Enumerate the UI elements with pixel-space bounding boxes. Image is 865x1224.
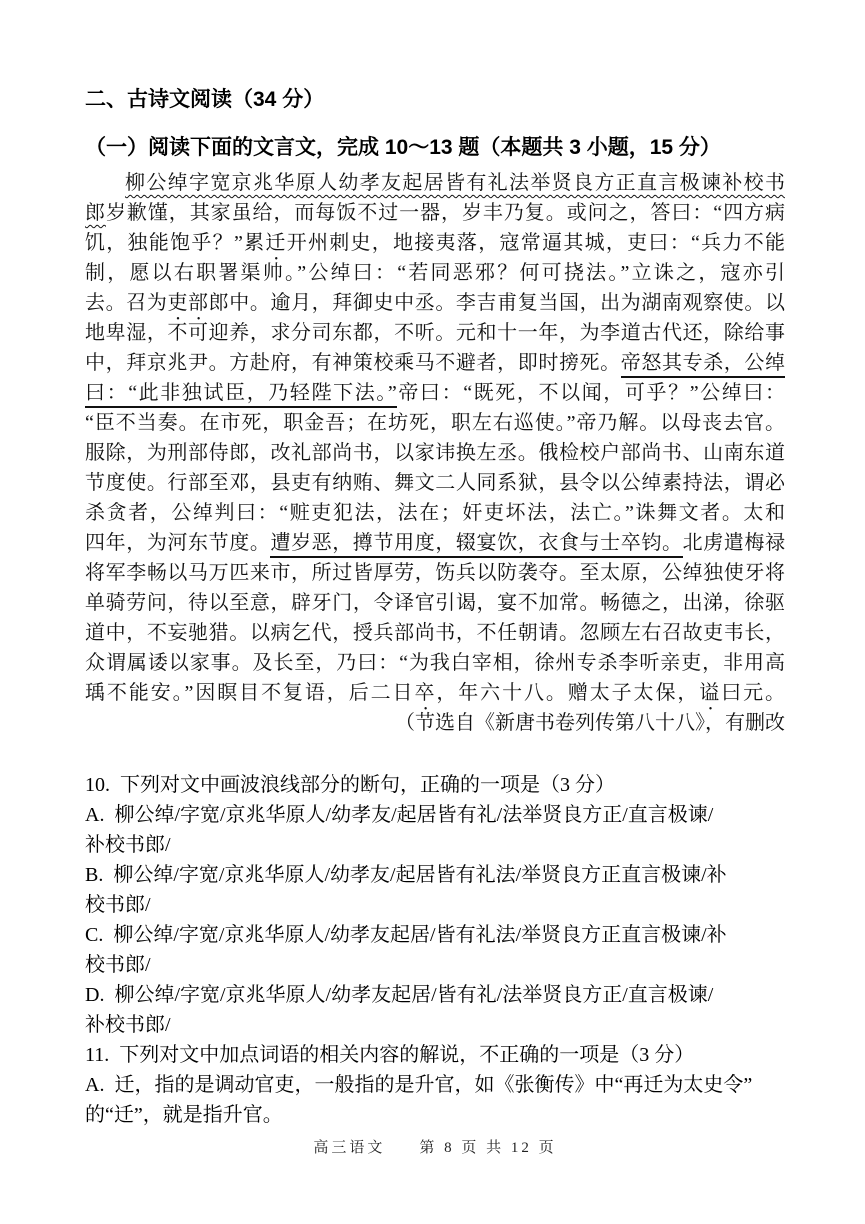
emphasis-dotted-text: 吏部 bbox=[167, 292, 208, 314]
underlined-text: 帝怒其专杀，公绰 bbox=[621, 352, 785, 378]
passage-line: 四年，为河东节度。遭岁恶，撙节用度，辍宴饮，衣食与士卒钧。北虏遣梅禄 bbox=[85, 528, 785, 558]
question-10-option-D: D. 柳公绰/字宽/京兆华原人/幼孝友起居/皆有礼/法举贤良方正/直言极谏/ bbox=[85, 980, 785, 1010]
passage-text: 制，愿以右职署渠帅。”公绰曰：“若同恶邪？何可挠法。”立诛之，寇亦引 bbox=[85, 262, 785, 284]
page-footer: 高三语文第 8 页 共 12 页 bbox=[85, 1138, 785, 1158]
passage-text: 服除，为刑部侍郎，改礼部尚书，以家讳换左丞。俄检校户部尚书、山南东道 bbox=[85, 442, 785, 464]
passage-line: 去。召为吏部郎中。逾月，拜御史中丞。李吉甫复当国，出为湖南观察使。以 bbox=[85, 288, 785, 318]
classical-passage: 柳公绰字宽京兆华原人幼孝友起居皆有礼法举贤良方正直言极谏补校书郎岁歉馑，其家虽给… bbox=[85, 168, 785, 708]
question-10-option-A: A. 柳公绰/字宽/京兆华原人/幼孝友/起居皆有礼/法举贤良方正/直言极谏/ bbox=[85, 800, 785, 830]
question-10-stem: 10. 下列对文中画波浪线部分的断句，正确的一项是（3 分） bbox=[85, 770, 785, 800]
questions-block: 10. 下列对文中画波浪线部分的断句，正确的一项是（3 分）A. 柳公绰/字宽/… bbox=[85, 770, 785, 1130]
passage-text: 中，拜京兆尹。方赴府，有神策校乘马不避者，即时搒死。 bbox=[85, 352, 621, 374]
wavy-underlined-text: 柳公绰字宽京兆华原人幼孝友起居皆有礼法举贤良方正直言极谏补校书 bbox=[125, 172, 785, 194]
emphasis-dotted-text: 谥 bbox=[699, 682, 721, 704]
passage-text: 帝曰：“既死，不以闻，可乎？”公绰曰： bbox=[397, 382, 785, 404]
passage-text: 北虏遣梅禄 bbox=[683, 532, 785, 554]
emphasis-dotted-text: 迁 bbox=[265, 232, 286, 254]
passage-text: 将军李畅以马万匹来市，所过皆厚劳，饬兵以防袭夺。至太原，公绰独使牙将 bbox=[85, 562, 785, 584]
question-10-option-A-cont: 补校书郎/ bbox=[85, 830, 785, 860]
underlined-text: 遭岁恶，撙节用度，辍宴饮，衣食与士卒钧。 bbox=[270, 532, 682, 558]
passage-text: 岁歉馑，其家虽给，而每饭不过一器，岁丰乃复。或问之，答曰：“四方病 bbox=[106, 202, 785, 224]
emphasis-dotted-text: 卒 bbox=[414, 682, 436, 704]
passage-line: 节度使。行部至邓，县吏有纳贿、舞文二人同系狱，县令以公绰素持法，谓必 bbox=[85, 468, 785, 498]
question-10-option-B-cont: 校书郎/ bbox=[85, 890, 785, 920]
passage-line: 杀贪者，公绰判曰：“赃吏犯法，法在；奸吏坏法，法亡。”诛舞文者。太和 bbox=[85, 498, 785, 528]
passage-line: 道中，不妄驰猎。以病乞代，授兵部尚书，不任朝请。忽顾左右召故吏韦长， bbox=[85, 618, 785, 648]
passage-line: 中，拜京兆尹。方赴府，有神策校乘马不避者，即时搒死。帝怒其专杀，公绰 bbox=[85, 348, 785, 378]
section-heading: 二、古诗文阅读（34 分） bbox=[85, 86, 785, 114]
passage-line: 将军李畅以马万匹来市，所过皆厚劳，饬兵以防袭夺。至太原，公绰独使牙将 bbox=[85, 558, 785, 588]
passage-text: “臣不当奏。在市死，职金吾；在坊死，职左右巡使。”帝乃解。以母丧去官。 bbox=[85, 412, 785, 434]
passage-line: 柳公绰字宽京兆华原人幼孝友起居皆有礼法举贤良方正直言极谏补校书 bbox=[85, 168, 785, 198]
passage-text: 饥，独能饱乎？”累 bbox=[85, 232, 265, 254]
footer-page-info: 第 8 页 共 12 页 bbox=[419, 1140, 556, 1156]
passage-text: 四年，为河东节度。 bbox=[85, 532, 270, 554]
passage-text: 开州刺史，地接夷落，寇常逼其城，吏曰：“兵力不能 bbox=[287, 232, 785, 254]
wavy-underlined-text: 郎 bbox=[85, 202, 106, 224]
question-11-option-A-cont: 的“迁”，就是指升官。 bbox=[85, 1100, 785, 1130]
passage-text: ，年六十八。赠太子太保， bbox=[436, 682, 699, 704]
underlined-text: 曰：“此非独试臣，乃轻陛下法。” bbox=[85, 382, 397, 408]
passage-line: 单骑劳问，待以至意，辟牙门，令译官引谒，宴不加常。畅德之，出涕，徐驱 bbox=[85, 588, 785, 618]
passage-text: 众谓属诿以家事。及长至，乃曰：“为我白宰相，徐州专杀李听亲吏，非用高 bbox=[85, 652, 785, 674]
question-10-option-B: B. 柳公绰/字宽/京兆华原人/幼孝友/起居皆有礼法/举贤良方正直言极谏/补 bbox=[85, 860, 785, 890]
question-11-stem: 11. 下列对文中加点词语的相关内容的解说，不正确的一项是（3 分） bbox=[85, 1040, 785, 1070]
passage-line: 饥，独能饱乎？”累迁开州刺史，地接夷落，寇常逼其城，吏曰：“兵力不能 bbox=[85, 228, 785, 258]
passage-text: 道中，不妄驰猎。以病乞代，授兵部尚书，不任朝请。忽顾左右召故吏韦长， bbox=[85, 622, 785, 644]
passage-text: 曰元。 bbox=[721, 682, 785, 704]
question-11-option-A: A. 迁，指的是调动官吏，一般指的是升官，如《张衡传》中“再迁为太史令” bbox=[85, 1070, 785, 1100]
passage-text: 地卑湿，不可迎养，求分司东都，不听。元和十一年，为李道古代还，除给事 bbox=[85, 322, 785, 344]
passage-line: 制，愿以右职署渠帅。”公绰曰：“若同恶邪？何可挠法。”立诛之，寇亦引 bbox=[85, 258, 785, 288]
question-10-option-D-cont: 补校书郎/ bbox=[85, 1010, 785, 1040]
passage-text: 瑀不能安。”因瞑目不复语，后二日 bbox=[85, 682, 414, 704]
passage-line: 地卑湿，不可迎养，求分司东都，不听。元和十一年，为李道古代还，除给事 bbox=[85, 318, 785, 348]
passage-line: “臣不当奏。在市死，职金吾；在坊死，职左右巡使。”帝乃解。以母丧去官。 bbox=[85, 408, 785, 438]
question-10-option-C: C. 柳公绰/字宽/京兆华原人/幼孝友起居/皆有礼法/举贤良方正直言极谏/补 bbox=[85, 920, 785, 950]
passage-line: 郎岁歉馑，其家虽给，而每饭不过一器，岁丰乃复。或问之，答曰：“四方病 bbox=[85, 198, 785, 228]
question-10-option-C-cont: 校书郎/ bbox=[85, 950, 785, 980]
passage-text: 郎中。逾月，拜御史中丞。李吉甫复当国，出为湖南观察使。以 bbox=[209, 292, 785, 314]
passage-text: 节度使。行部至邓，县吏有纳贿、舞文二人同系狱，县令以公绰素持法，谓必 bbox=[85, 472, 785, 494]
passage-line: 瑀不能安。”因瞑目不复语，后二日卒，年六十八。赠太子太保，谥曰元。 bbox=[85, 678, 785, 708]
passage-text: 单骑劳问，待以至意，辟牙门，令译官引谒，宴不加常。畅德之，出涕，徐驱 bbox=[85, 592, 785, 614]
passage-text: 去。召为 bbox=[85, 292, 167, 314]
passage-line: 服除，为刑部侍郎，改礼部尚书，以家讳换左丞。俄检校户部尚书、山南东道 bbox=[85, 438, 785, 468]
passage-line: 曰：“此非独试臣，乃轻陛下法。”帝曰：“既死，不以闻，可乎？”公绰曰： bbox=[85, 378, 785, 408]
subsection-heading: （一）阅读下面的文言文，完成 10～13 题（本题共 3 小题，15 分） bbox=[85, 134, 785, 162]
passage-attribution: （节选自《新唐书卷列传第八十八》，有删改 bbox=[85, 708, 785, 738]
passage-text: 杀贪者，公绰判曰：“赃吏犯法，法在；奸吏坏法，法亡。”诛舞文者。太和 bbox=[85, 502, 785, 524]
footer-course: 高三语文 bbox=[313, 1140, 385, 1156]
exam-page: 二、古诗文阅读（34 分） （一）阅读下面的文言文，完成 10～13 题（本题共… bbox=[85, 86, 785, 1158]
passage-line: 众谓属诿以家事。及长至，乃曰：“为我白宰相，徐州专杀李听亲吏，非用高 bbox=[85, 648, 785, 678]
